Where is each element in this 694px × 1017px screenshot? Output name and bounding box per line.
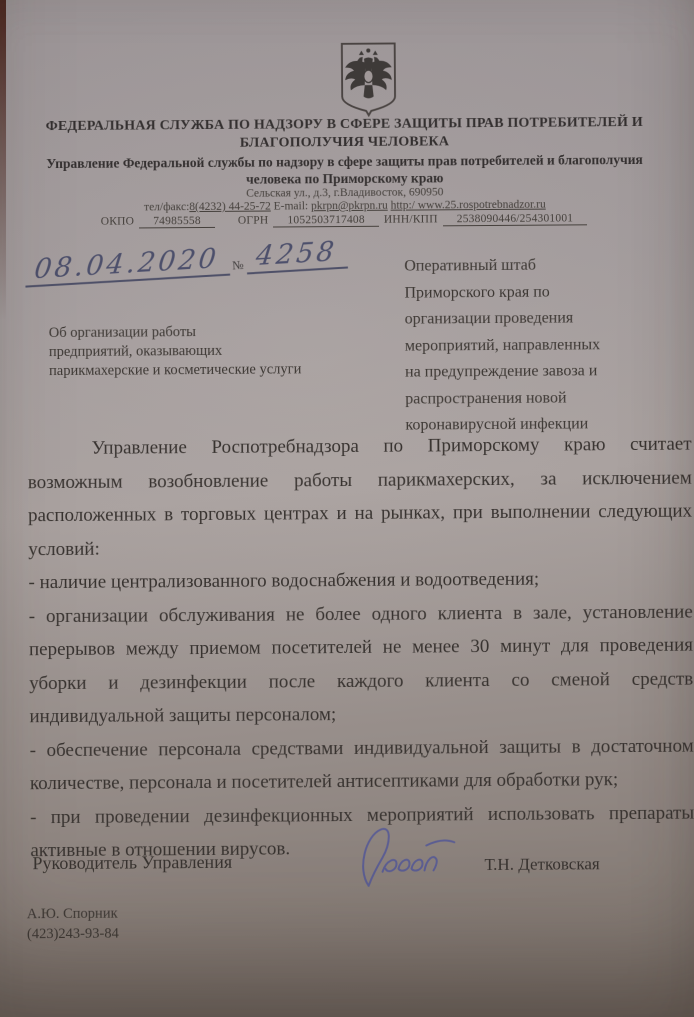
- recipient-line: Оперативный штаб: [404, 252, 669, 280]
- innkpp-label: ИНН/КПП: [384, 213, 438, 225]
- org-division: Управление Федеральной службы по надзору…: [32, 151, 658, 189]
- date-underline: 08.04.2020: [24, 243, 230, 288]
- ref-number-handwritten: 4258: [254, 236, 338, 272]
- ogrn-label: ОГРН: [238, 215, 269, 227]
- photo-edge-shadow: [0, 0, 6, 320]
- website-value: http:/ www.25.rospotrebnadzor.ru: [391, 199, 546, 212]
- phone-label: тел/факс:: [144, 201, 189, 213]
- recipient-line: организации проведения: [405, 305, 670, 333]
- recipient-line: Приморского края по: [404, 278, 669, 306]
- letter-paper: ФЕДЕРАЛЬНАЯ СЛУЖБА ПО НАДЗОРУ В СФЕРЕ ЗА…: [0, 0, 694, 1017]
- executor-phone: (423)243-93-84: [27, 924, 119, 944]
- org-name: ФЕДЕРАЛЬНАЯ СЛУЖБА ПО НАДЗОРУ В СФЕРЕ ЗА…: [37, 114, 651, 153]
- reference-line: 08.04.2020№4258: [24, 236, 348, 288]
- executor-name: А.Ю. Спорник: [27, 905, 119, 925]
- ogrn-value: 1052503717408: [273, 214, 378, 228]
- recipient-line: распространения новой: [405, 384, 670, 412]
- opening-paragraph: Управление Роспотребнадзора по Приморско…: [27, 428, 692, 567]
- ref-date-handwritten: 08.04.2020: [33, 243, 221, 285]
- signature-scrawl-icon: [354, 819, 477, 902]
- registry-line: ОКПО 74985558 ОГРН 1052503717408 ИНН/КПП…: [38, 212, 652, 228]
- subject-line: Об организации работы: [49, 322, 379, 343]
- document-photo: ФЕДЕРАЛЬНАЯ СЛУЖБА ПО НАДЗОРУ В СФЕРЕ ЗА…: [0, 0, 694, 1017]
- signatory-title: Руководитель Управления: [32, 852, 232, 874]
- signatory-name: Т.Н. Детковская: [484, 854, 599, 875]
- letter-body: Управление Роспотребнадзора по Приморско…: [27, 428, 694, 868]
- executor-block: А.Ю. Спорник (423)243-93-84: [27, 905, 119, 945]
- number-underline: 4258: [245, 236, 347, 275]
- email-value: pkrpn@pkrpn.ru: [311, 200, 388, 213]
- phone-value: 8(4232) 44-25-72: [189, 201, 271, 214]
- recipient-block: Оперативный штаб Приморского края по орг…: [404, 252, 670, 439]
- coat-of-arms-icon: [337, 40, 401, 118]
- recipient-line: на предупреждение завоза и: [405, 358, 670, 386]
- subject-block: Об организации работы предприятий, оказы…: [49, 322, 379, 381]
- condition-item: - обеспечение персонала средствами индив…: [30, 729, 694, 801]
- innkpp-value: 2538090446/254301001: [443, 212, 588, 226]
- number-sign: №: [232, 258, 244, 276]
- condition-item: - наличие централизованного водоснабжени…: [28, 562, 692, 600]
- okpo-label: ОКПО: [101, 215, 134, 227]
- recipient-line: мероприятий, направленных: [405, 331, 670, 359]
- subject-line: предприятий, оказывающих: [49, 341, 379, 362]
- subject-line: парикмахерские и косметические услуги: [49, 360, 379, 381]
- okpo-value: 74985558: [139, 215, 215, 229]
- email-label: E-mail:: [274, 200, 309, 212]
- condition-item: - организации обслуживания не более одно…: [29, 595, 694, 734]
